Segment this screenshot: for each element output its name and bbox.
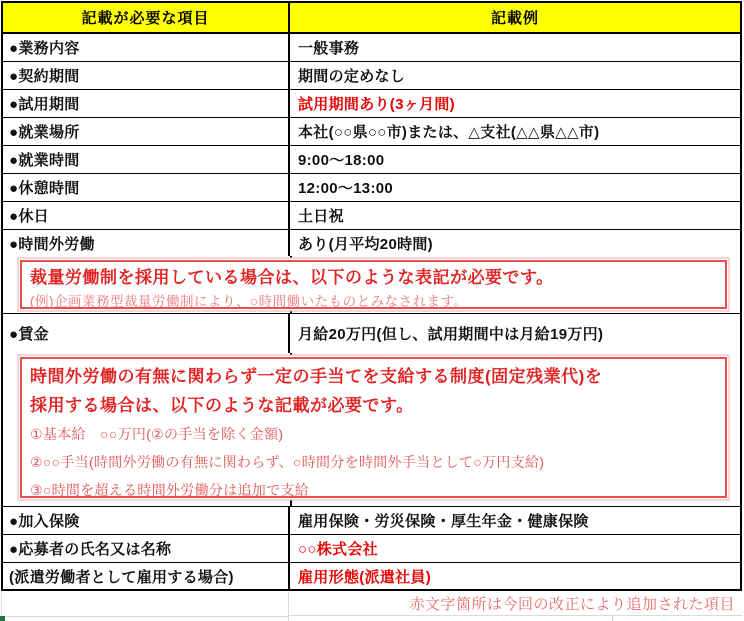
table-row-applicant-name: ●応募者の氏名又は名称 ○○株式会社 <box>3 535 740 563</box>
item-cell: ●時間外労働 <box>3 230 290 256</box>
item-cell: ●応募者の氏名又は名称 <box>3 535 290 562</box>
header-example-column: 記載例 <box>290 3 740 32</box>
example-cell-highlighted: 試用期間あり(3ヶ月間) <box>290 90 740 117</box>
item-cell: ●加入保険 <box>3 507 290 534</box>
table-row-probation-period: ●試用期間 試用期間あり(3ヶ月間) <box>3 90 740 118</box>
table-row-holidays: ●休日 土日祝 <box>3 202 740 230</box>
item-cell: ●契約期間 <box>3 62 290 89</box>
example-cell-highlighted: ○○株式会社 <box>290 535 740 562</box>
note-list-item-2: ②○○手当(時間外労働の有無に関わらず、○時間分を時間外手当として○万円支給) <box>30 448 717 476</box>
note-title-line2: 採用する場合は、以下のような記載が必要です。 <box>30 391 717 420</box>
table-row-work-hours: ●就業時間 9:00〜18:00 <box>3 146 740 174</box>
fixed-overtime-note-box: 時間外労働の有無に関わらず一定の手当てを支給する制度(固定残業代)を 採用する場… <box>20 357 727 498</box>
gridline <box>1 592 2 616</box>
item-cell: ●業務内容 <box>3 34 290 61</box>
example-cell: 期間の定めなし <box>290 62 740 89</box>
note-list-item-1: ①基本給 ○○万円(②の手当を除く金額) <box>30 420 717 448</box>
example-cell: 月給20万円(但し、試用期間中は月給19万円) <box>290 314 740 353</box>
table-row-insurance: ●加入保険 雇用保険・労災保険・厚生年金・健康保険 <box>3 507 740 535</box>
item-cell: ●就業場所 <box>3 118 290 145</box>
gridline <box>288 592 289 621</box>
gridline <box>612 616 613 621</box>
required-items-table: 記載が必要な項目 記載例 ●業務内容 一般事務 ●契約期間 期間の定めなし ●試… <box>1 1 742 591</box>
item-cell: ●休憩時間 <box>3 174 290 201</box>
item-cell: ●賃金 <box>3 314 290 353</box>
example-cell: 本社(○○県○○市)または、△支社(△△県△△市) <box>290 118 740 145</box>
example-cell: 一般事務 <box>290 34 740 61</box>
table-row-dispatch-worker: (派遣労働者として雇用する場合) 雇用形態(派遣社員) <box>3 563 740 589</box>
example-cell: 9:00〜18:00 <box>290 146 740 173</box>
table-header-row: 記載が必要な項目 記載例 <box>3 3 740 34</box>
item-cell: ●試用期間 <box>3 90 290 117</box>
discretionary-labor-note-box: 裁量労働制を採用している場合は、以下のような表記が必要です。 (例)企画業務型裁… <box>20 260 727 309</box>
header-item-column: 記載が必要な項目 <box>3 3 290 32</box>
red-text-legend-note: 赤文字箇所は今回の改正により追加された項目 <box>289 592 742 616</box>
note-example: (例)企画業務型裁量労働制により、○時間働いたものとみなされます。 <box>30 291 717 312</box>
table-row-work-location: ●就業場所 本社(○○県○○市)または、△支社(△△県△△市) <box>3 118 740 146</box>
spreadsheet-page: 記載が必要な項目 記載例 ●業務内容 一般事務 ●契約期間 期間の定めなし ●試… <box>0 0 744 621</box>
below-table-area: 赤文字箇所は今回の改正により追加された項目 <box>0 592 744 621</box>
example-cell: 土日祝 <box>290 202 740 229</box>
gridline <box>0 616 289 617</box>
excel-green-corner <box>0 616 5 621</box>
table-row-wage: ●賃金 月給20万円(但し、試用期間中は月給19万円) <box>3 314 740 353</box>
example-cell: あり(月平均20時間) <box>290 230 740 256</box>
item-cell: (派遣労働者として雇用する場合) <box>3 563 290 589</box>
example-cell-highlighted: 雇用形態(派遣社員) <box>290 563 740 589</box>
item-cell: ●就業時間 <box>3 146 290 173</box>
item-cell: ●休日 <box>3 202 290 229</box>
note-title-line1: 時間外労働の有無に関わらず一定の手当てを支給する制度(固定残業代)を <box>30 362 717 391</box>
note-list-item-3: ③○時間を超える時間外労働分は追加で支給 <box>30 476 717 504</box>
example-cell: 雇用保険・労災保険・厚生年金・健康保険 <box>290 507 740 534</box>
note-row-fixed-overtime: 時間外労働の有無に関わらず一定の手当てを支給する制度(固定残業代)を 採用する場… <box>3 353 740 507</box>
table-row-contract-period: ●契約期間 期間の定めなし <box>3 62 740 90</box>
table-row-overtime: ●時間外労働 あり(月平均20時間) <box>3 230 740 256</box>
example-cell: 12:00〜13:00 <box>290 174 740 201</box>
note-title: 裁量労働制を採用している場合は、以下のような表記が必要です。 <box>30 265 717 291</box>
note-row-discretionary-labor: 裁量労働制を採用している場合は、以下のような表記が必要です。 (例)企画業務型裁… <box>3 256 740 314</box>
table-row-business-content: ●業務内容 一般事務 <box>3 34 740 62</box>
table-row-break-time: ●休憩時間 12:00〜13:00 <box>3 174 740 202</box>
